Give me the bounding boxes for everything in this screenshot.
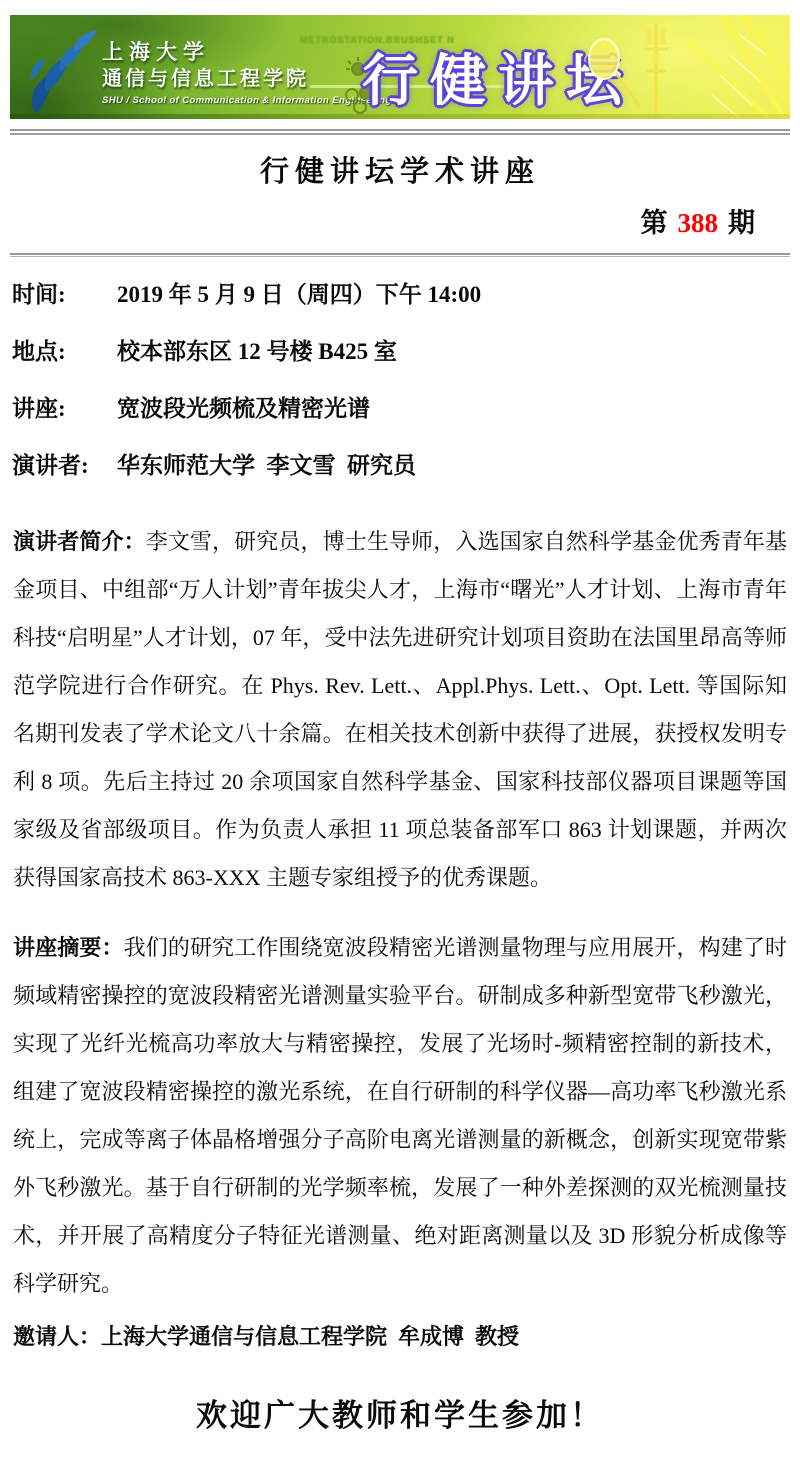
- topic-label: 讲座:: [12, 397, 117, 421]
- speaker-bio-text: 李文雪，研究员，博士生导师，入选国家自然科学基金优秀青年基金项目、中组部“万人计…: [13, 529, 787, 890]
- speaker-label: 演讲者:: [12, 454, 117, 478]
- inviter-line: 邀请人：上海大学通信与信息工程学院 牟成博 教授: [13, 1322, 787, 1352]
- lecture-abstract-label: 讲座摘要：: [13, 935, 124, 960]
- lecture-abstract-paragraph: 讲座摘要：我们的研究工作围绕宽波段精密光谱测量物理与应用展开，构建了时频域精密操…: [13, 924, 787, 1308]
- inviter-label: 邀请人：: [13, 1324, 101, 1349]
- school-logo-icon: [26, 25, 106, 117]
- issue-line: 第388期: [0, 205, 800, 241]
- speaker-bio-paragraph: 演讲者简介：李文雪，研究员，博士生导师，入选国家自然科学基金优秀青年基金项目、中…: [13, 518, 787, 902]
- issue-prefix: 第: [641, 208, 668, 238]
- detail-row-location: 地点: 校本部东区 12 号楼 B425 室: [12, 340, 788, 364]
- horizontal-rule-under-issue: [10, 253, 790, 257]
- detail-row-speaker: 演讲者: 华东师范大学 李文雪 研究员: [12, 454, 788, 478]
- topic-value: 宽波段光频梳及精密光谱: [117, 397, 370, 421]
- lecture-abstract-text: 我们的研究工作围绕宽波段精密光谱测量物理与应用展开，构建了时频域精密操控的宽波段…: [13, 935, 787, 1296]
- location-label: 地点:: [12, 340, 117, 364]
- detail-row-time: 时间: 2019 年 5 月 9 日（周四）下午 14:00: [12, 283, 788, 307]
- speaker-bio-label: 演讲者简介：: [13, 529, 146, 554]
- time-value: 2019 年 5 月 9 日（周四）下午 14:00: [117, 283, 481, 307]
- lecture-details: 时间: 2019 年 5 月 9 日（周四）下午 14:00 地点: 校本部东区…: [12, 283, 788, 478]
- banner-bottom-strip: [10, 114, 790, 119]
- welcome-message: 欢迎广大教师和学生参加！: [0, 1394, 800, 1438]
- issue-number: 388: [678, 208, 719, 238]
- location-value: 校本部东区 12 号楼 B425 室: [117, 340, 397, 364]
- issue-suffix: 期: [728, 208, 755, 238]
- announcement-page: METROSTATION.BRUSHSET N 上海大学 通信与信息工程学院 S…: [0, 0, 800, 1473]
- detail-row-topic: 讲座: 宽波段光频梳及精密光谱: [12, 397, 788, 421]
- communication-towers-illustration: [570, 15, 790, 119]
- banner: METROSTATION.BRUSHSET N 上海大学 通信与信息工程学院 S…: [10, 15, 790, 119]
- inviter-value: 上海大学通信与信息工程学院 牟成博 教授: [101, 1324, 519, 1349]
- horizontal-rule-top: [10, 129, 790, 135]
- time-label: 时间:: [12, 283, 117, 307]
- page-title: 行健讲坛学术讲座: [0, 152, 800, 192]
- speaker-value: 华东师范大学 李文雪 研究员: [117, 454, 416, 478]
